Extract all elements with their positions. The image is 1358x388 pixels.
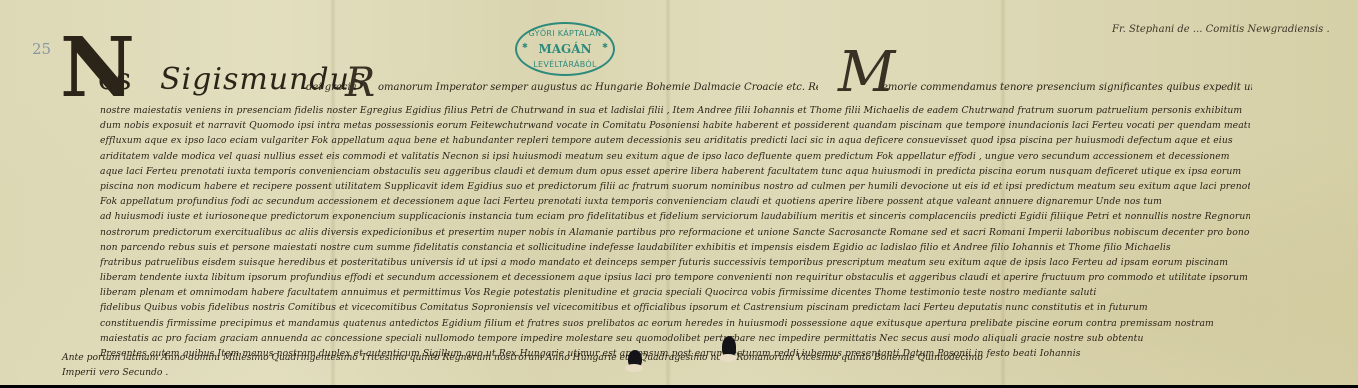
text-line: liberam plenam et omnimodam habere facul… [100, 285, 1250, 300]
text-line: constituendis firmissime precipimus et m… [100, 316, 1250, 331]
archive-stamp: GYŐRI KÁPTALAN ✱ MAGÁN ✱ LEVÉLTÁRÁBÓL [515, 22, 615, 76]
text-line: maiestatis ac pro faciam graciam annuend… [100, 331, 1250, 346]
text-line: nostrorum predictorum exercitualibus ac … [100, 225, 1250, 240]
text-line: fidelibus Quibus vobis fidelibus nostris… [100, 300, 1250, 315]
stamp-middle-text: MAGÁN [517, 42, 613, 56]
text-line: piscina non modicum habere et recipere p… [100, 179, 1250, 194]
seal-cord-hole [722, 336, 736, 358]
folio-number: 25 [32, 40, 51, 58]
margin-note: Fr. Stephani de ... Comitis Newgradiensi… [1112, 24, 1330, 35]
text-line: ad huiusmodi iuste et iuriosoneque predi… [100, 209, 1250, 224]
charter-text-body: nostre maiestatis veniens in presenciam … [100, 103, 1250, 361]
text-line: nostre maiestatis veniens in presenciam … [100, 103, 1250, 118]
text-line: non parcendo rebus suis et persone maies… [100, 240, 1250, 255]
text-line: liberam tendente iuxta libitum ipsorum p… [100, 270, 1250, 285]
dating-clause-end: Imperii vero Secundo . [62, 367, 168, 378]
stamp-top-text: GYŐRI KÁPTALAN [517, 29, 613, 38]
charter-parchment: 25 N os Sigismundus dei gracia R omanoru… [0, 0, 1358, 385]
decorated-initial-r: R [345, 60, 375, 106]
text-line: effluxum aque ex ipso laco eciam vulgari… [100, 133, 1250, 148]
dating-clause: Ante portam latinam Anno domini Millesim… [62, 352, 983, 363]
opening-word-rest: os [98, 62, 131, 97]
stamp-bottom-text: LEVÉLTÁRÁBÓL [517, 60, 613, 69]
promulgatio-text: emorie commendamus tenore presencium sig… [882, 82, 1252, 93]
text-line: Fok appellatum profundius fodi ac secund… [100, 194, 1250, 209]
text-line: fratribus patruelibus eisdem suisque her… [100, 255, 1250, 270]
text-line: aque laci Ferteu prenotati iuxta tempori… [100, 164, 1250, 179]
intitulatio-text: omanorum Imperator semper augustus ac Hu… [378, 82, 818, 93]
text-line: dum nobis exposuit et narravit Quomodo i… [100, 118, 1250, 133]
decorated-initial-m: M [838, 40, 895, 105]
seal-cord-hole [628, 350, 642, 368]
star-icon: ✱ [602, 42, 608, 50]
text-line: ariditatem valde modica vel quasi nulliu… [100, 149, 1250, 164]
